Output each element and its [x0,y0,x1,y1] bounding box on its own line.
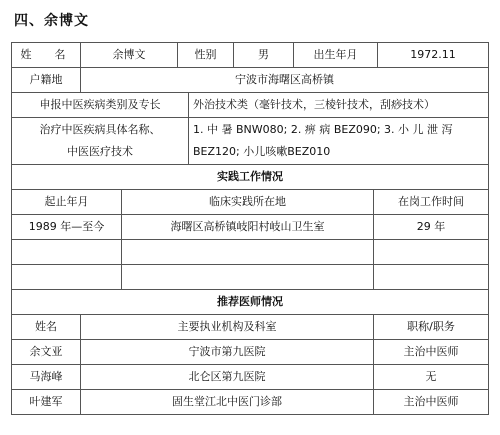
recommender-row: 马海峰 北仑区第九医院 无 [12,365,489,390]
recommender-title: 主治中医师 [374,340,489,365]
name-label: 姓 名 [12,43,81,68]
row-treatment: 治疗中医疾病具体名称、 中医医疗技术 1. 中 暑 BNW080; 2. 痹 病… [12,118,489,165]
practice-location [122,265,374,290]
recommender-name: 余文亚 [12,340,81,365]
treatment-label-line1: 治疗中医疾病具体名称、 [12,119,188,141]
gender-value: 男 [234,43,294,68]
recommenders-header-title: 职称/职务 [374,315,489,340]
recommender-row: 余文亚 宁波市第九医院 主治中医师 [12,340,489,365]
recommender-title: 无 [374,365,489,390]
recommender-institution: 固生堂江北中医门诊部 [81,390,374,415]
practice-row [12,240,489,265]
recommender-name: 马海峰 [12,365,81,390]
hometown-value: 宁波市海曙区高桥镇 [81,68,489,93]
row-category: 申报中医疾病类别及专长 外治技术类（毫针技术，三棱针技术，刮痧技术） [12,93,489,118]
row-hometown: 户籍地 宁波市海曙区高桥镇 [12,68,489,93]
treatment-value-line1: 1. 中 暑 BNW080; 2. 痹 病 BEZ090; 3. 小 儿 泄 泻 [193,119,488,141]
practice-duration: 29 年 [374,215,489,240]
birth-value: 1972.11 [378,43,489,68]
recommender-row: 叶建军 固生堂江北中医门诊部 主治中医师 [12,390,489,415]
practice-row [12,265,489,290]
gender-label: 性别 [178,43,234,68]
practice-title: 实践工作情况 [12,165,489,190]
name-value: 余博文 [81,43,178,68]
recommender-name: 叶建军 [12,390,81,415]
practice-header-period: 起止年月 [12,190,122,215]
applicant-info-table: 姓 名 余博文 性别 男 出生年月 1972.11 户籍地 宁波市海曙区高桥镇 … [11,42,489,415]
practice-header-location: 临床实践所在地 [122,190,374,215]
recommender-title: 主治中医师 [374,390,489,415]
section-heading: 四、余博文 [14,10,89,30]
birth-label: 出生年月 [294,43,378,68]
practice-location [122,240,374,265]
recommenders-header-institution: 主要执业机构及科室 [81,315,374,340]
practice-duration [374,240,489,265]
recommender-institution: 北仑区第九医院 [81,365,374,390]
practice-title-row: 实践工作情况 [12,165,489,190]
treatment-value: 1. 中 暑 BNW080; 2. 痹 病 BEZ090; 3. 小 儿 泄 泻… [189,118,489,165]
practice-period: 1989 年—至今 [12,215,122,240]
treatment-value-line2: BEZ120; 小儿咳嗽BEZ010 [193,141,488,163]
practice-header-duration: 在岗工作时间 [374,190,489,215]
practice-header-row: 起止年月 临床实践所在地 在岗工作时间 [12,190,489,215]
recommenders-title-row: 推荐医师情况 [12,290,489,315]
recommenders-title: 推荐医师情况 [12,290,489,315]
recommender-institution: 宁波市第九医院 [81,340,374,365]
recommenders-header-row: 姓名 主要执业机构及科室 职称/职务 [12,315,489,340]
practice-row: 1989 年—至今 海曙区高桥镇岐阳村岐山卫生室 29 年 [12,215,489,240]
category-label: 申报中医疾病类别及专长 [12,93,189,118]
practice-period [12,240,122,265]
category-value: 外治技术类（毫针技术，三棱针技术，刮痧技术） [189,93,489,118]
practice-location: 海曙区高桥镇岐阳村岐山卫生室 [122,215,374,240]
practice-duration [374,265,489,290]
hometown-label: 户籍地 [12,68,81,93]
practice-period [12,265,122,290]
treatment-label: 治疗中医疾病具体名称、 中医医疗技术 [12,118,189,165]
row-name: 姓 名 余博文 性别 男 出生年月 1972.11 [12,43,489,68]
recommenders-header-name: 姓名 [12,315,81,340]
treatment-label-line2: 中医医疗技术 [12,141,188,163]
